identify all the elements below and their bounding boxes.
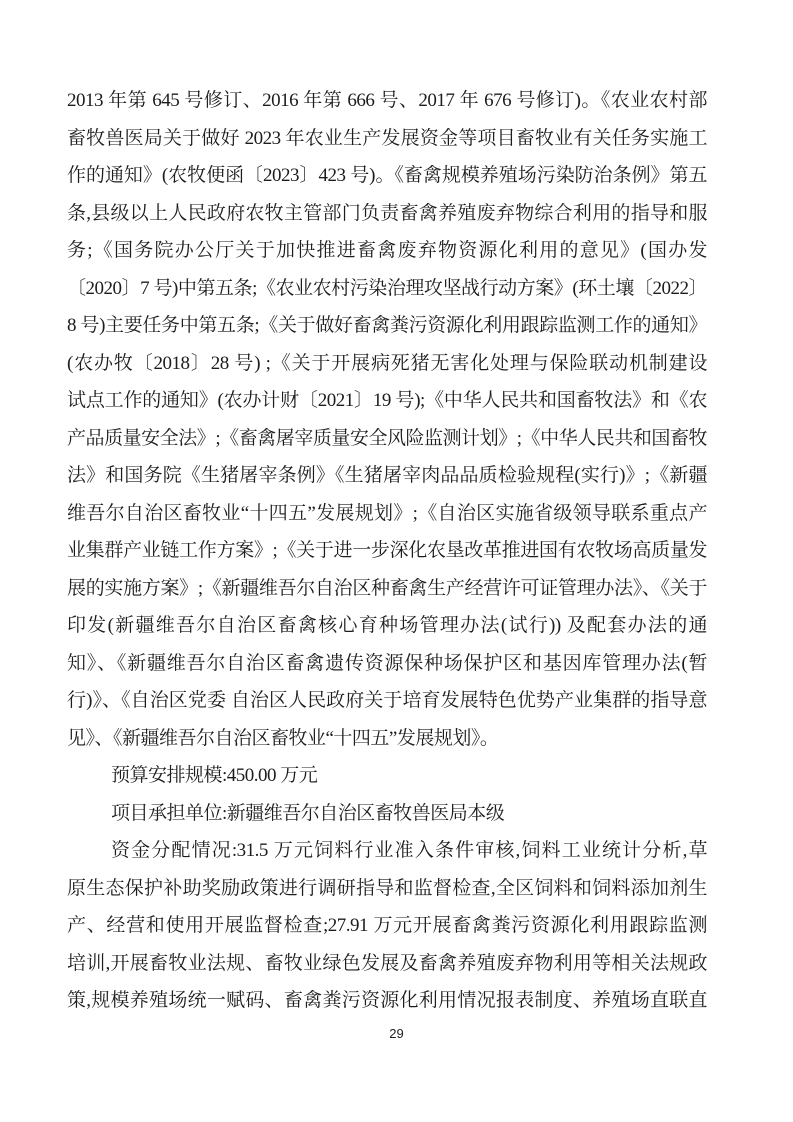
text-line: 展的实施方案》;《新疆维吾尔自治区种畜禽生产经营许可证管理办法》、《关于 xyxy=(67,570,707,608)
text-line: 8 号)主要任务中第五条;《关于做好畜禽粪污资源化利用跟踪监测工作的通知》 xyxy=(67,307,707,345)
document-body: 2013 年第 645 号修订、2016 年第 666 号、2017 年 676… xyxy=(67,82,707,1020)
text-line: 条,县级以上人民政府农牧主管部门负责畜禽养殖废弃物综合利用的指导和服 xyxy=(67,195,707,233)
page-number: 29 xyxy=(0,1026,793,1041)
text-line: 培训,开展畜牧业法规、畜牧业绿色发展及畜禽养殖废弃物利用等相关法规政 xyxy=(67,945,707,983)
text-line: 业集群产业链工作方案》;《关于进一步深化农垦改革推进国有农牧场高质量发 xyxy=(67,532,707,570)
text-line: 2013 年第 645 号修订、2016 年第 666 号、2017 年 676… xyxy=(67,82,707,120)
text-line: 务;《国务院办公厅关于加快推进畜禽废弃物资源化利用的意见》(国办发 xyxy=(67,232,707,270)
text-line: 资金分配情况:31.5 万元饲料行业准入条件审核,饲料工业统计分析,草 xyxy=(67,832,707,870)
text-line: 作的通知》(农牧便函〔2023〕423 号)。《畜禽规模养殖场污染防治条例》第五 xyxy=(67,157,707,195)
text-line: (农办牧〔2018〕28 号) ;《关于开展病死猪无害化处理与保险联动机制建设 xyxy=(67,345,707,383)
text-line: 畜牧兽医局关于做好 2023 年农业生产发展资金等项目畜牧业有关任务实施工 xyxy=(67,120,707,158)
text-line: 法》和国务院《生猪屠宰条例》《生猪屠宰肉品品质检验规程(实行)》;《新疆 xyxy=(67,457,707,495)
text-line: 知》、《新疆维吾尔自治区畜禽遗传资源保种场保护区和基因库管理办法(暂 xyxy=(67,645,707,683)
text-line: 产、经营和使用开展监督检查;27.91 万元开展畜禽粪污资源化利用跟踪监测 xyxy=(67,907,707,945)
text-line: 预算安排规模:450.00 万元 xyxy=(67,757,707,795)
text-line: 项目承担单位:新疆维吾尔自治区畜牧兽医局本级 xyxy=(67,795,707,833)
text-line: 印发(新疆维吾尔自治区畜禽核心育种场管理办法(试行)) 及配套办法的通 xyxy=(67,607,707,645)
text-line: 见》、《新疆维吾尔自治区畜牧业“十四五”发展规划》。 xyxy=(67,720,707,758)
text-line: 行)》、《自治区党委 自治区人民政府关于培育发展特色优势产业集群的指导意 xyxy=(67,682,707,720)
text-line: 产品质量安全法》;《畜禽屠宰质量安全风险监测计划》;《中华人民共和国畜牧 xyxy=(67,420,707,458)
text-line: 策,规模养殖场统一赋码、畜禽粪污资源化利用情况报表制度、养殖场直联直 xyxy=(67,982,707,1020)
text-line: 试点工作的通知》(农办计财〔2021〕19 号);《中华人民共和国畜牧法》和《农 xyxy=(67,382,707,420)
document-page: 2013 年第 645 号修订、2016 年第 666 号、2017 年 676… xyxy=(0,0,793,1122)
text-line: 原生态保护补助奖励政策进行调研指导和监督检查,全区饲料和饲料添加剂生 xyxy=(67,870,707,908)
text-line: 〔2020〕7 号)中第五条;《农业农村污染治理攻坚战行动方案》(环土壤〔202… xyxy=(67,270,707,308)
text-line: 维吾尔自治区畜牧业“十四五”发展规划》;《自治区实施省级领导联系重点产 xyxy=(67,495,707,533)
